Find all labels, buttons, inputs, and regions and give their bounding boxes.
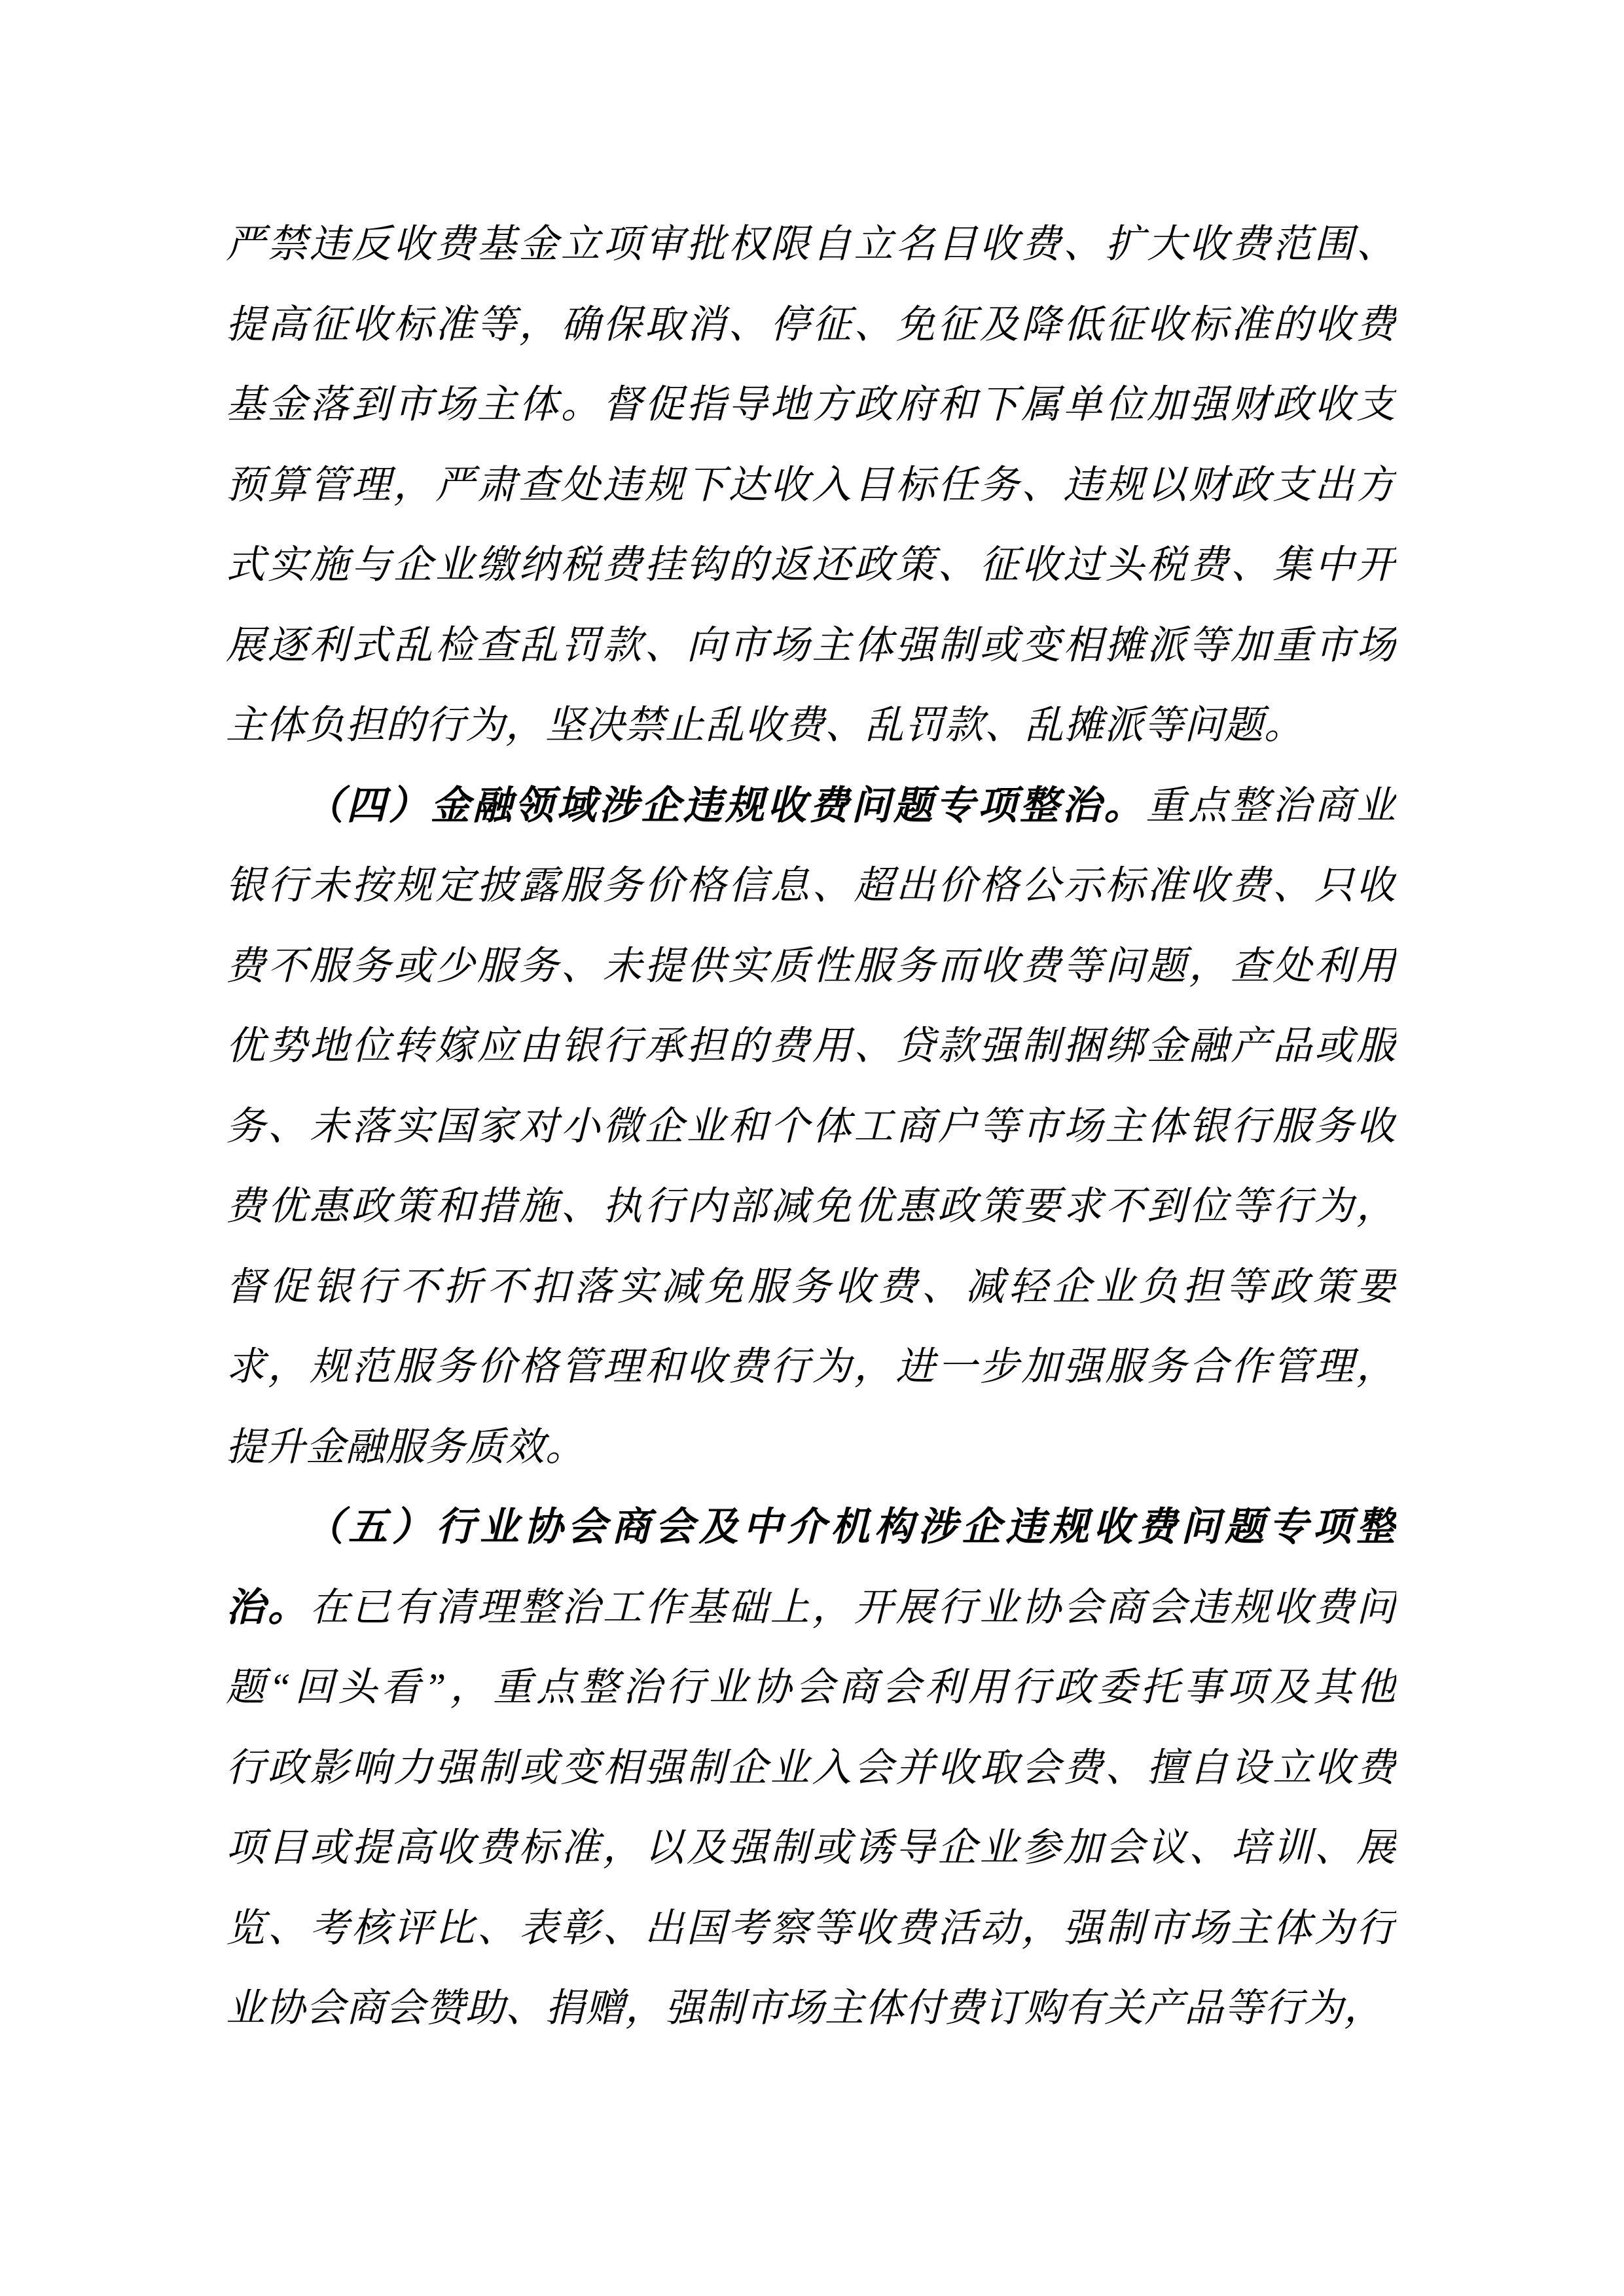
body-text: 行政影响力强制或变相强制企业入会并收取会费、擅自设立收费 bbox=[226, 1746, 1396, 1789]
bold-lead-text: （五）行业协会商会及中介机构涉企违规收费问题专项整 bbox=[304, 1505, 1396, 1549]
body-text: 基金落到市场主体。督促指导地方政府和下属单位加强财政收支 bbox=[226, 383, 1396, 426]
body-text: 求，规范服务价格管理和收费行为，进一步加强服务合作管理， bbox=[226, 1345, 1396, 1388]
body-text: 预算管理，严肃查处违规下达收入目标任务、违规以财政支出方 bbox=[226, 463, 1396, 507]
body-text: 务、未落实国家对小微企业和个体工商户等市场主体银行服务收 bbox=[226, 1105, 1396, 1148]
body-text: 在已有清理整治工作基础上，开展行业协会商会违规收费问 bbox=[310, 1586, 1396, 1629]
body-text: 重点整治商业 bbox=[1146, 784, 1396, 827]
text-line: 提高征收标准等，确保取消、停征、免征及降低征收标准的收费 bbox=[226, 285, 1396, 365]
text-line: 展逐利式乱检查乱罚款、向市场主体强制或变相摊派等加重市场 bbox=[226, 605, 1396, 686]
body-text: 银行未按规定披露服务价格信息、超出价格公示标准收费、只收 bbox=[226, 864, 1396, 907]
body-text: 览、考核评比、表彰、出国考察等收费活动，强制市场主体为行 bbox=[226, 1907, 1396, 1950]
text-line: 务、未落实国家对小微企业和个体工商户等市场主体银行服务收 bbox=[226, 1086, 1396, 1167]
text-block: 严禁违反收费基金立项审批权限自立名目收费、扩大收费范围、提高征收标准等，确保取消… bbox=[226, 204, 1396, 2049]
text-line: 严禁违反收费基金立项审批权限自立名目收费、扩大收费范围、 bbox=[226, 204, 1396, 285]
text-line: 行政影响力强制或变相强制企业入会并收取会费、擅自设立收费 bbox=[226, 1728, 1396, 1808]
body-text: 督促银行不折不扣落实减免服务收费、减轻企业负担等政策要 bbox=[226, 1265, 1396, 1308]
body-text: 式实施与企业缴纳税费挂钩的返还政策、征收过头税费、集中开 bbox=[226, 543, 1396, 586]
bold-lead-text: 治。 bbox=[226, 1586, 310, 1629]
text-line: 题“回头看”，重点整治行业协会商会利用行政委托事项及其他 bbox=[226, 1647, 1396, 1728]
text-line: 式实施与企业缴纳税费挂钩的返还政策、征收过头税费、集中开 bbox=[226, 525, 1396, 605]
body-text: 严禁违反收费基金立项审批权限自立名目收费、扩大收费范围、 bbox=[226, 223, 1396, 266]
body-text: 题“回头看”，重点整治行业协会商会利用行政委托事项及其他 bbox=[226, 1666, 1396, 1709]
text-line: 费不服务或少服务、未提供实质性服务而收费等问题，查处利用 bbox=[226, 926, 1396, 1007]
text-line: 优势地位转嫁应由银行承担的费用、贷款强制捆绑金融产品或服 bbox=[226, 1006, 1396, 1086]
body-text: 主体负担的行为，坚决禁止乱收费、乱罚款、乱摊派等问题。 bbox=[226, 704, 1304, 747]
body-text: 项目或提高收费标准，以及强制或诱导企业参加会议、培训、展 bbox=[226, 1826, 1396, 1869]
body-text: 业协会商会赞助、捐赠，强制市场主体付费订购有关产品等行为， bbox=[226, 1986, 1384, 2030]
text-line: 主体负担的行为，坚决禁止乱收费、乱罚款、乱摊派等问题。 bbox=[226, 685, 1396, 766]
body-text: 费不服务或少服务、未提供实质性服务而收费等问题，查处利用 bbox=[226, 944, 1396, 988]
text-line: 治。在已有清理整治工作基础上，开展行业协会商会违规收费问 bbox=[226, 1568, 1396, 1648]
bold-lead-text: （四）金融领域涉企违规收费问题专项整治。 bbox=[304, 784, 1146, 827]
text-line: （五）行业协会商会及中介机构涉企违规收费问题专项整 bbox=[226, 1487, 1396, 1568]
text-line: 提升金融服务质效。 bbox=[226, 1407, 1396, 1488]
body-text: 提升金融服务质效。 bbox=[226, 1426, 585, 1469]
body-text: 展逐利式乱检查乱罚款、向市场主体强制或变相摊派等加重市场 bbox=[226, 624, 1396, 667]
text-line: 求，规范服务价格管理和收费行为，进一步加强服务合作管理， bbox=[226, 1327, 1396, 1407]
body-text: 提高征收标准等，确保取消、停征、免征及降低征收标准的收费 bbox=[226, 303, 1396, 346]
text-line: 览、考核评比、表彰、出国考察等收费活动，强制市场主体为行 bbox=[226, 1888, 1396, 1969]
text-line: 银行未按规定披露服务价格信息、超出价格公示标准收费、只收 bbox=[226, 846, 1396, 926]
text-line: 基金落到市场主体。督促指导地方政府和下属单位加强财政收支 bbox=[226, 365, 1396, 445]
body-text: 优势地位转嫁应由银行承担的费用、贷款强制捆绑金融产品或服 bbox=[226, 1024, 1396, 1067]
text-line: （四）金融领域涉企违规收费问题专项整治。重点整治商业 bbox=[226, 766, 1396, 846]
text-line: 督促银行不折不扣落实减免服务收费、减轻企业负担等政策要 bbox=[226, 1247, 1396, 1327]
text-line: 业协会商会赞助、捐赠，强制市场主体付费订购有关产品等行为， bbox=[226, 1968, 1396, 2049]
document-page: 严禁违反收费基金立项审批权限自立名目收费、扩大收费范围、提高征收标准等，确保取消… bbox=[0, 0, 1624, 2296]
text-line: 预算管理，严肃查处违规下达收入目标任务、违规以财政支出方 bbox=[226, 445, 1396, 526]
text-line: 费优惠政策和措施、执行内部减免优惠政策要求不到位等行为， bbox=[226, 1166, 1396, 1247]
text-line: 项目或提高收费标准，以及强制或诱导企业参加会议、培训、展 bbox=[226, 1808, 1396, 1888]
body-text: 费优惠政策和措施、执行内部减免优惠政策要求不到位等行为， bbox=[226, 1185, 1396, 1228]
